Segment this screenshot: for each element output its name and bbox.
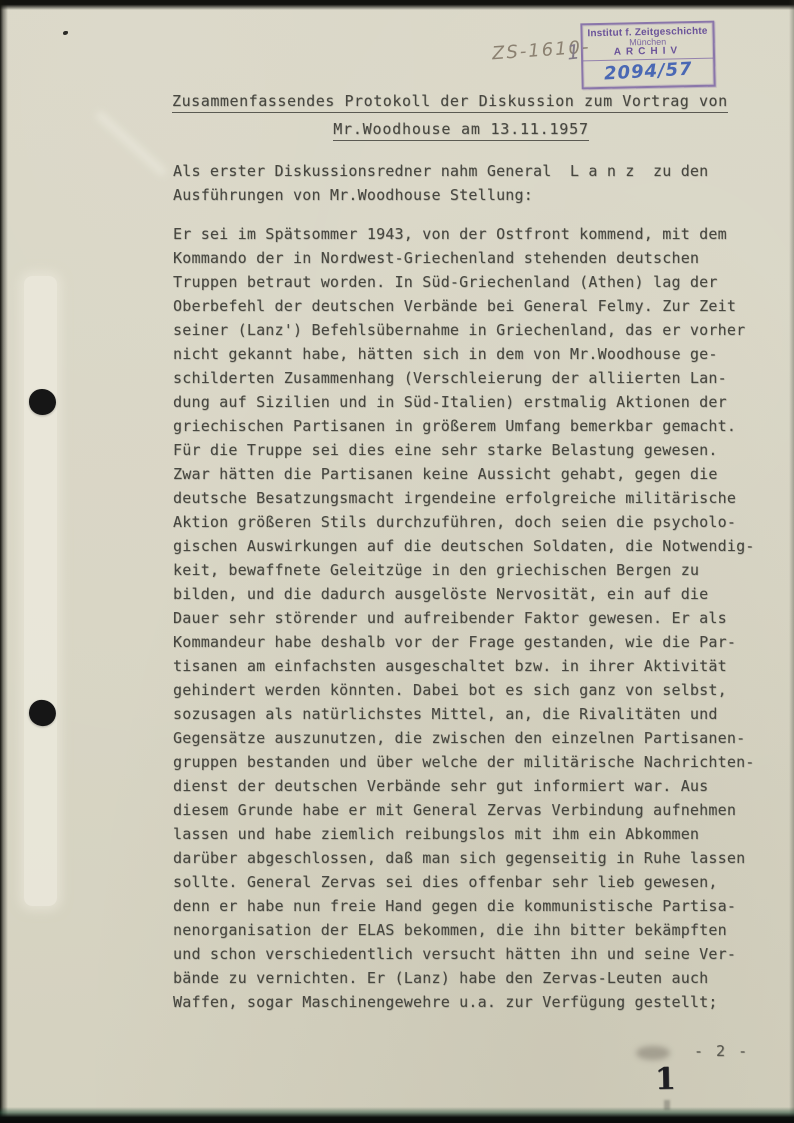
archival-signature-suffix: 1 bbox=[566, 39, 581, 64]
repair-tape-strip bbox=[24, 276, 57, 906]
body-line: und schon verschiedentlich versucht hätt… bbox=[173, 942, 763, 966]
document-title-line1: Zusammenfassendes Protokoll der Diskussi… bbox=[172, 92, 750, 110]
pencil-smudge bbox=[636, 1046, 670, 1060]
body-line: bilden, und die dadurch ausgelöste Nervo… bbox=[173, 582, 763, 606]
body-line: Zwar hätten die Partisanen keine Aussich… bbox=[173, 462, 763, 486]
body-line: dung auf Sizilien und in Süd-Italien) er… bbox=[173, 390, 763, 414]
body-line: sollte. General Zervas sei dies offenbar… bbox=[173, 870, 763, 894]
intro-paragraph: Als erster Diskussionsredner nahm Genera… bbox=[173, 159, 763, 207]
document-title: Zusammenfassendes Protokoll der Diskussi… bbox=[172, 92, 750, 138]
paper-crease bbox=[95, 111, 167, 176]
body-line: darüber abgeschlossen, daß man sich gege… bbox=[173, 846, 763, 870]
body-line: keit, bewaffnete Geleitzüge in den griec… bbox=[173, 558, 763, 582]
body-line: Aktion größeren Stils durchzuführen, doc… bbox=[173, 510, 763, 534]
hole-punch-top bbox=[29, 389, 56, 415]
scan-edge-left bbox=[0, 0, 8, 1123]
scan-edge-right bbox=[789, 0, 794, 1123]
archive-stamp: Institut f. Zeitgeschichte München ARCHI… bbox=[580, 21, 715, 90]
body-line: deutsche Besatzungsmacht irgendeine erfo… bbox=[173, 486, 763, 510]
scan-edge-bottom bbox=[0, 1107, 794, 1123]
body-line: Dauer sehr störender und aufreibender Fa… bbox=[173, 606, 763, 630]
body-line: denn er habe nun freie Hand gegen die ko… bbox=[173, 894, 763, 918]
body-line: gischen Auswirkungen auf die deutschen S… bbox=[173, 534, 763, 558]
scanned-document-page: ZS-1610- 1 Institut f. Zeitgeschichte Mü… bbox=[0, 0, 794, 1123]
body-line: lassen und habe ziemlich reibungslos mit… bbox=[173, 822, 763, 846]
body-line: bände zu vernichten. Er (Lanz) habe den … bbox=[173, 966, 763, 990]
body-line: diesem Grunde habe er mit General Zervas… bbox=[173, 798, 763, 822]
body-line: Gegensätze auszunutzen, die zwischen den… bbox=[173, 726, 763, 750]
body-line: Für die Truppe sei dies eine sehr starke… bbox=[173, 438, 763, 462]
body-line: Waffen, sogar Maschinengewehre u.a. zur … bbox=[173, 990, 763, 1014]
document-title-line1-text: Zusammenfassendes Protokoll der Diskussi… bbox=[172, 92, 728, 113]
body-line: schilderten Zusammenhang (Verschleierung… bbox=[173, 366, 763, 390]
body-paragraph: Er sei im Spätsommer 1943, von der Ostfr… bbox=[173, 222, 763, 1014]
body-line: gehindert werden könnten. Dabei bot es s… bbox=[173, 678, 763, 702]
scan-edge-top bbox=[0, 0, 794, 10]
body-line: griechischen Partisanen in größerem Umfa… bbox=[173, 414, 763, 438]
body-line: Er sei im Spätsommer 1943, von der Ostfr… bbox=[173, 222, 763, 246]
body-line: Truppen betraut worden. In Süd-Griechenl… bbox=[173, 270, 763, 294]
page-number: - 2 - bbox=[694, 1042, 749, 1060]
body-line: nicht gekannt habe, hätten sich in dem v… bbox=[173, 342, 763, 366]
body-line: Oberbefehl der deutschen Verbände bei Ge… bbox=[173, 294, 763, 318]
intro-line: Ausführungen von Mr.Woodhouse Stellung: bbox=[173, 183, 763, 207]
body-line: sozusagen als natürlichstes Mittel, an, … bbox=[173, 702, 763, 726]
body-line: Kommando der in Nordwest-Griechenland st… bbox=[173, 246, 763, 270]
body-line: tisanen am einfachsten ausgeschaltet bzw… bbox=[173, 654, 763, 678]
body-line: Kommandeur habe deshalb vor der Frage ge… bbox=[173, 630, 763, 654]
body-line: seiner (Lanz') Befehlsübernahme in Griec… bbox=[173, 318, 763, 342]
body-line: dienst der deutschen Verbände sehr gut i… bbox=[173, 774, 763, 798]
body-line: nenorganisation der ELAS bekommen, die i… bbox=[173, 918, 763, 942]
document-title-line2-text: Mr.Woodhouse am 13.11.1957 bbox=[333, 120, 589, 141]
folio-number: 1 bbox=[655, 1062, 676, 1097]
stamp-number-handwritten: 2094/57 bbox=[583, 57, 714, 85]
document-title-line2: Mr.Woodhouse am 13.11.1957 bbox=[172, 120, 750, 138]
body-line: gruppen bestanden und über welche der mi… bbox=[173, 750, 763, 774]
ink-speck bbox=[63, 31, 68, 35]
intro-line: Als erster Diskussionsredner nahm Genera… bbox=[173, 159, 763, 183]
